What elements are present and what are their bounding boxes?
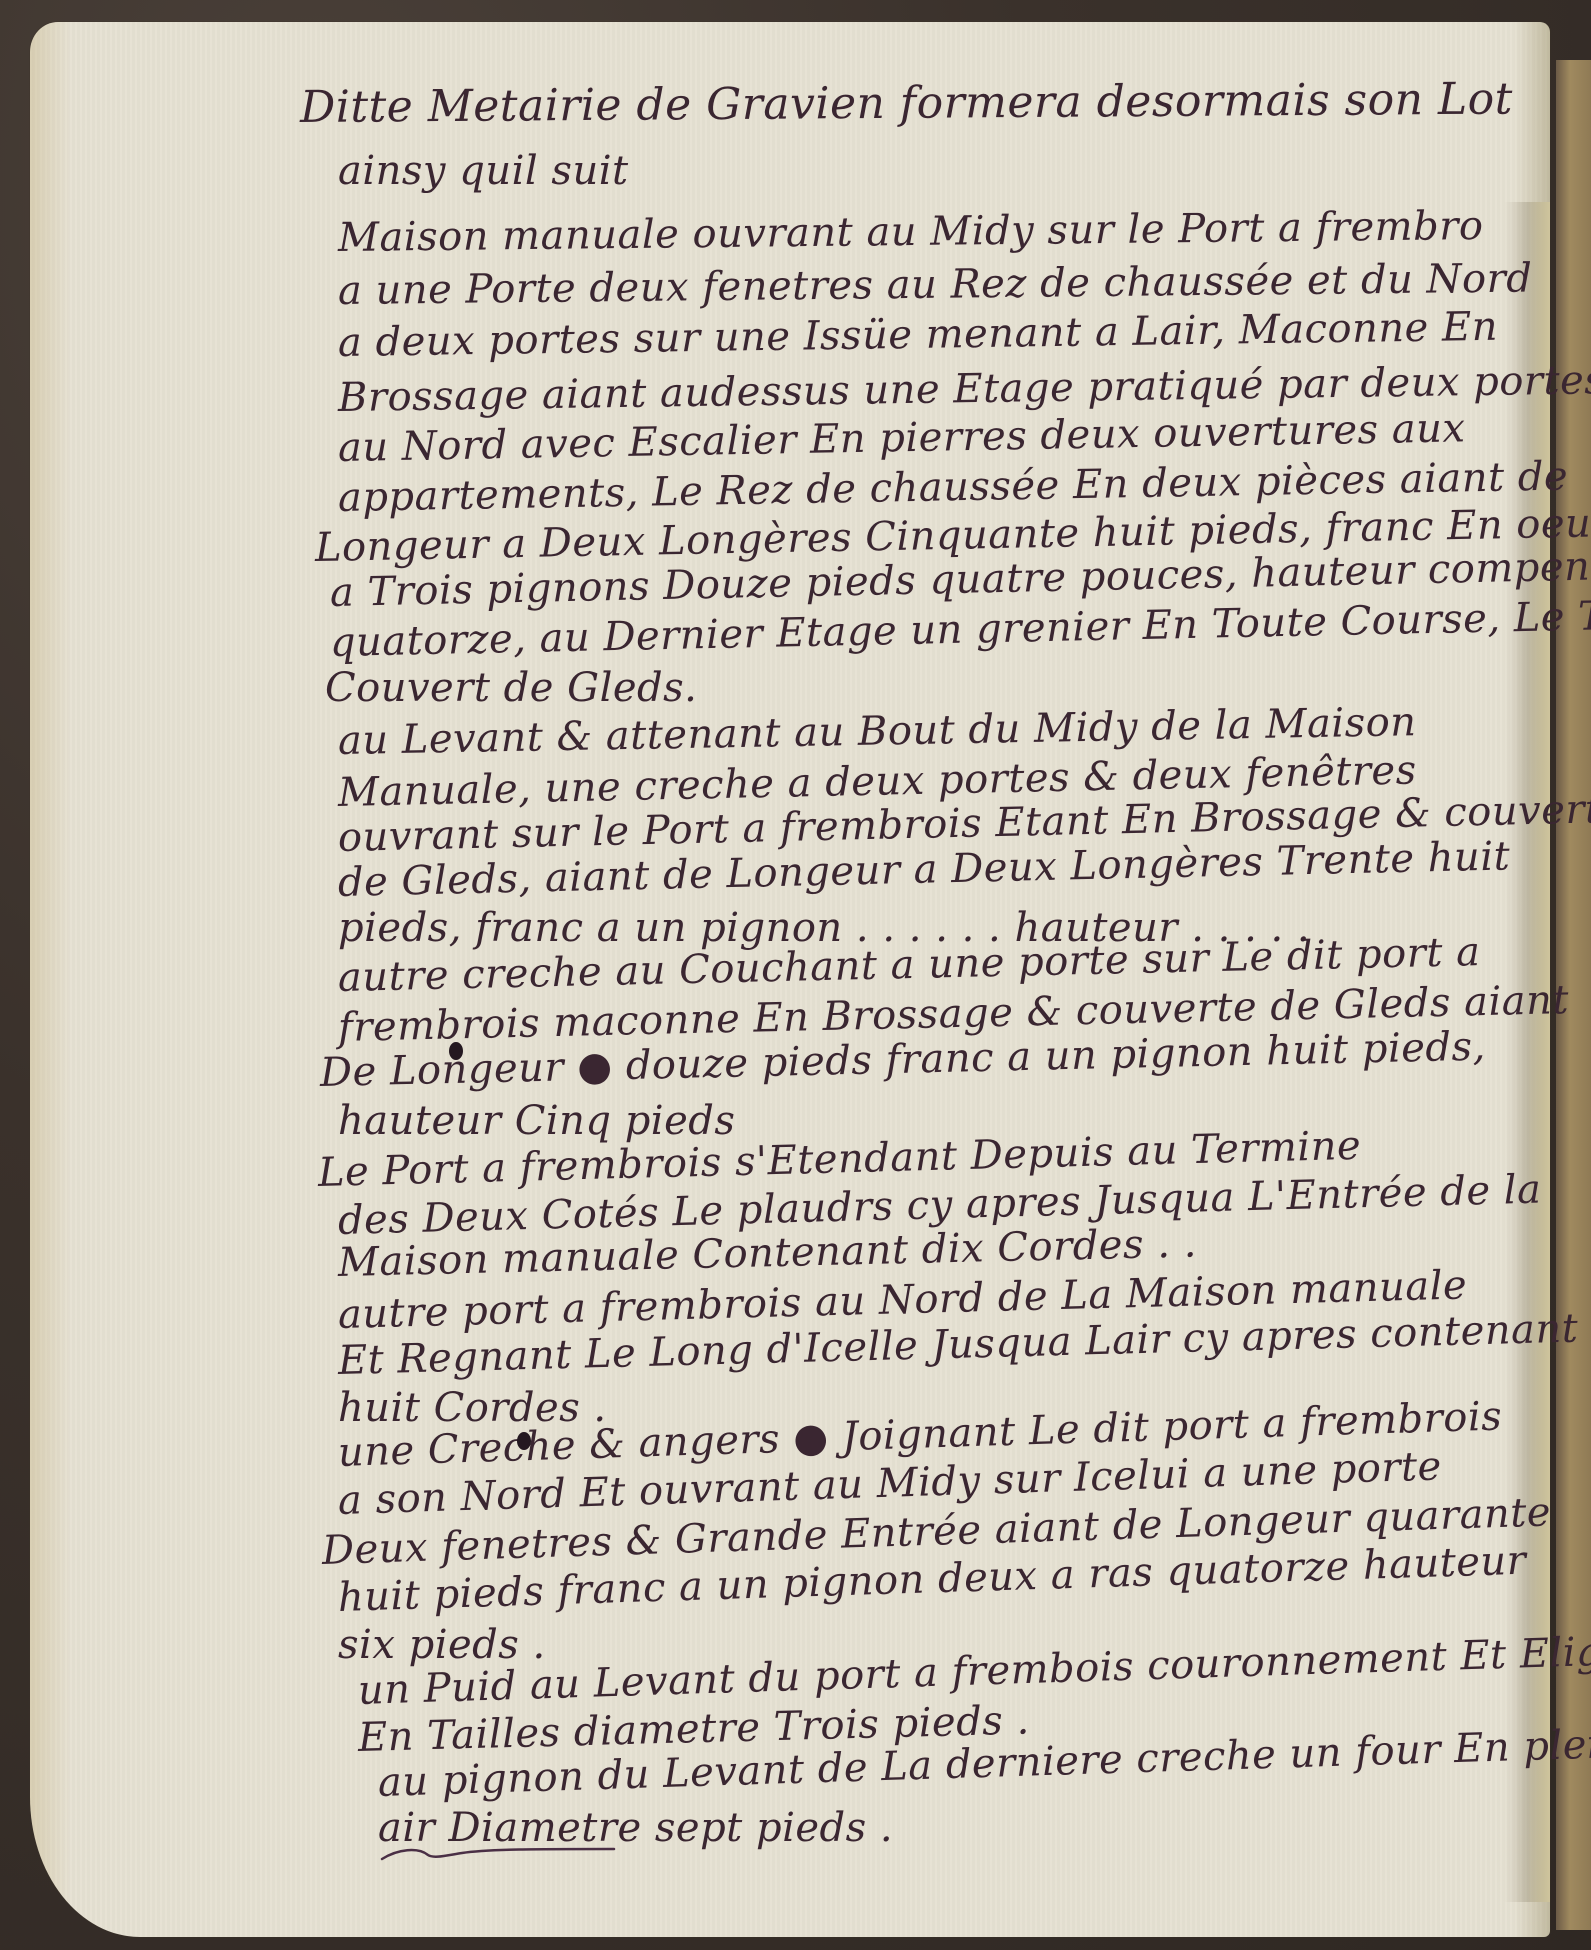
- ink-blot: [517, 1432, 531, 1450]
- text-line: Ditte Metairie de Gravien formera desorm…: [300, 74, 1513, 133]
- text-line: ainsy quil suit: [338, 148, 629, 194]
- ink-blot: [449, 1042, 463, 1060]
- text-line: six pieds .: [338, 1622, 546, 1668]
- manuscript-text: Ditte Metairie de Gravien formera desorm…: [0, 0, 1591, 1950]
- closing-flourish: [378, 1843, 618, 1865]
- text-line: Maison manuale ouvrant au Midy sur le Po…: [338, 203, 1484, 261]
- text-line: Couvert de Gleds.: [325, 665, 697, 711]
- text-line: a deux portes sur une Issüe menant a Lai…: [338, 304, 1499, 366]
- text-line: hauteur Cinq pieds: [338, 1098, 735, 1144]
